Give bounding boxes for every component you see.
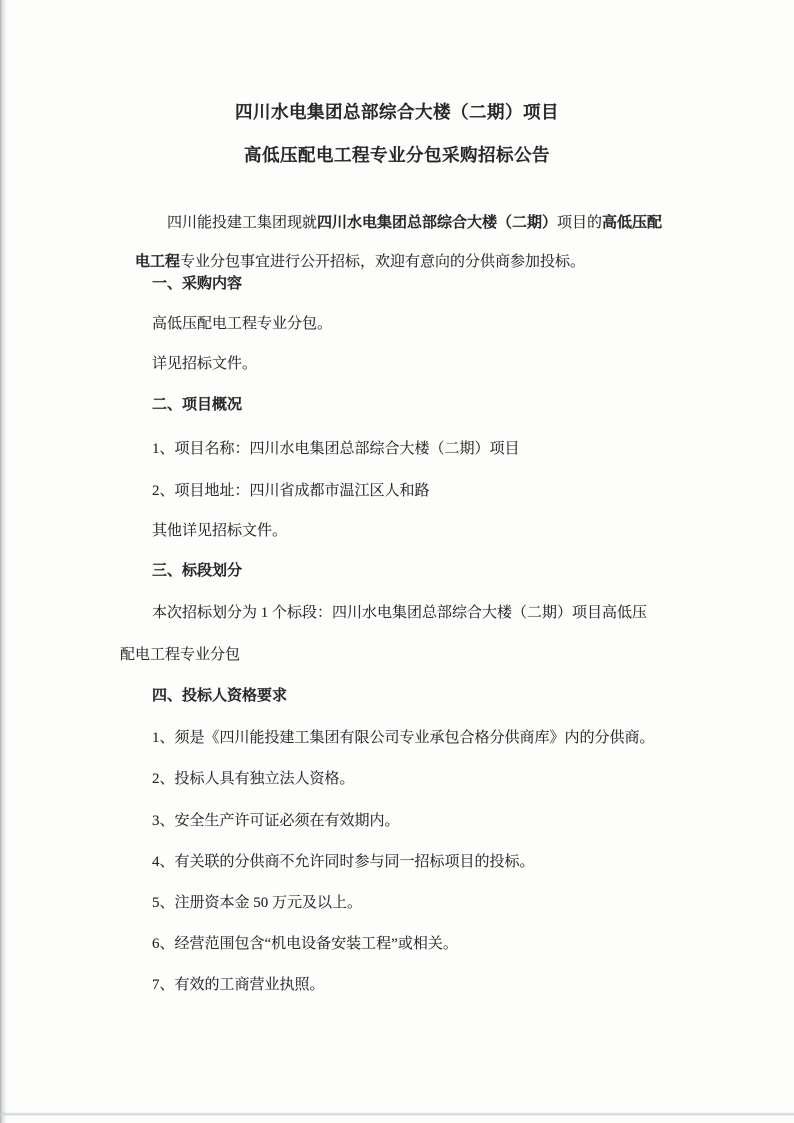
document-page: 四川水电集团总部综合大楼（二期）项目 高低压配电工程专业分包采购招标公告 四川能…: [0, 0, 794, 1123]
scan-edge-bottom: [0, 1112, 794, 1116]
section-3-line-1: 本次招标划分为 1 个标段：四川水电集团总部综合大楼（二期）项目高低压: [152, 602, 647, 624]
intro-line2-segment-2: 专业分包事宜进行公开招标，欢迎有意向的分供商参加投标。: [180, 254, 585, 270]
section-4-heading: 四、投标人资格要求: [152, 685, 287, 707]
section-2-heading: 二、项目概况: [152, 394, 242, 416]
section-3-line-2: 配电工程专业分包: [120, 644, 240, 666]
section-4-item-7: 7、有效的工商营业执照。: [152, 974, 325, 996]
section-4-item-6: 6、经营范围包含“机电设备安装工程”或相关。: [152, 933, 458, 955]
section-2-item-3: 其他详见招标文件。: [152, 520, 287, 542]
section-4-item-2: 2、投标人具有独立法人资格。: [152, 768, 355, 790]
section-2-item-1: 1、项目名称：四川水电集团总部综合大楼（二期）项目: [152, 438, 520, 460]
section-1-heading: 一、采购内容: [152, 273, 242, 295]
section-4-item-4: 4、有关联的分供商不允许同时参与同一招标项目的投标。: [152, 851, 535, 873]
intro-line1-segment-4: 高低压配: [602, 215, 662, 231]
scan-edge-left: [0, 0, 7, 1123]
section-3-heading: 三、标段划分: [152, 560, 242, 582]
document-title-line-2: 高低压配电工程专业分包采购招标公告: [0, 143, 794, 167]
section-1-line-1: 高低压配电工程专业分包。: [152, 313, 332, 335]
section-1-line-2: 详见招标文件。: [152, 353, 257, 375]
section-2-item-2: 2、项目地址：四川省成都市温江区人和路: [152, 480, 430, 502]
section-4-item-1: 1、须是《四川能投建工集团有限公司专业承包合格分供商库》内的分供商。: [152, 727, 655, 749]
document-title-line-1: 四川水电集团总部综合大楼（二期）项目: [0, 100, 794, 124]
section-4-item-5: 5、注册资本金 50 万元及以上。: [152, 892, 362, 914]
intro-line2-segment-1: 电工程: [135, 254, 180, 270]
section-4-item-3: 3、安全生产许可证必须在有效期内。: [152, 810, 400, 832]
